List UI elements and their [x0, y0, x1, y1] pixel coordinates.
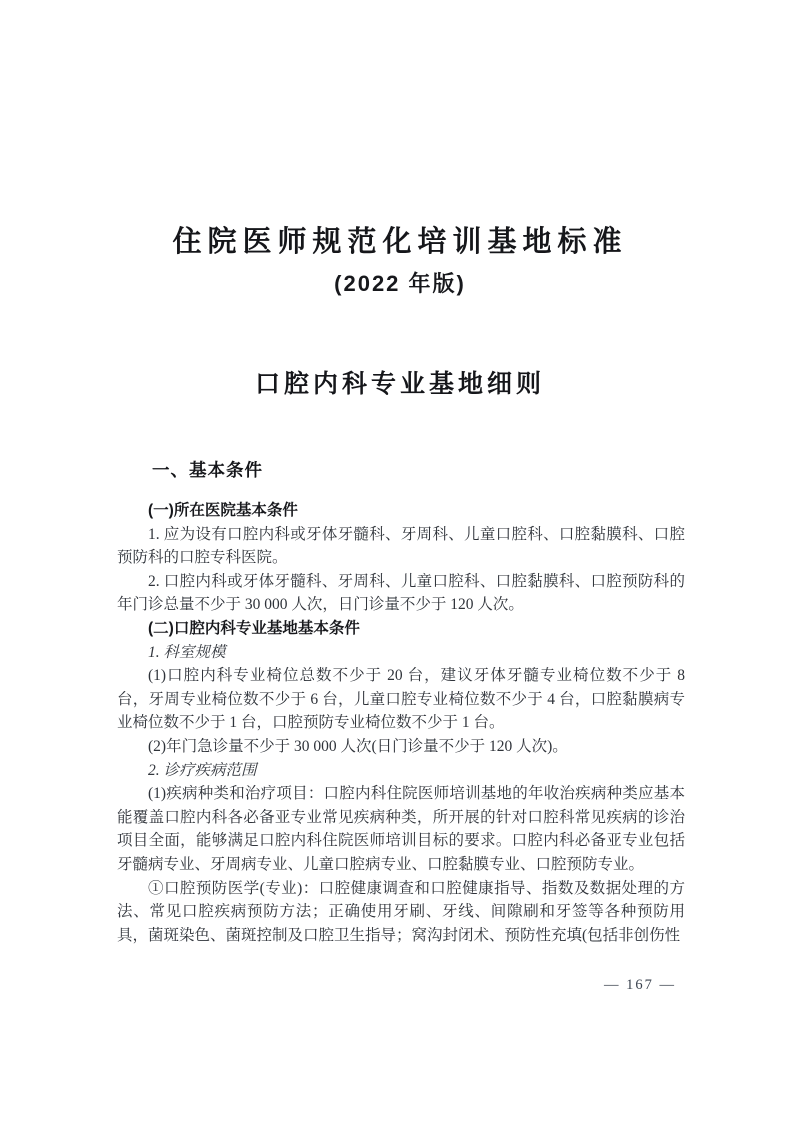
paragraph-disease-types: (1)疾病种类和治疗项目：口腔内科住院医师培训基地的年收治疾病种类应基本能覆盖口…	[117, 782, 685, 876]
paragraph-hospital-requirement-2: 2. 口腔内科或牙体牙髓科、牙周科、儿童口腔科、口腔黏膜科、口腔预防科的年门诊总…	[117, 570, 685, 617]
subheading-department-scale: 1. 科室规模	[117, 641, 685, 665]
document-page: 住院医师规范化培训基地标准 (2022 年版) 口腔内科专业基地细则 一、基本条…	[0, 0, 800, 1131]
paragraph-chair-counts: (1)口腔内科专业椅位总数不少于 20 台，建议牙体牙髓专业椅位数不少于 8 台…	[117, 664, 685, 735]
document-edition: (2022 年版)	[0, 271, 800, 297]
document-body: 一、基本条件 (一)所在医院基本条件 1. 应为设有口腔内科或牙体牙髓科、牙周科…	[117, 458, 685, 947]
paragraph-annual-visits: (2)年门急诊量不少于 30 000 人次(日门诊量不少于 120 人次)。	[117, 735, 685, 759]
heading-basic-conditions: 一、基本条件	[117, 458, 685, 482]
page-number: — 167 —	[604, 977, 676, 993]
paragraph-preventive-dentistry: ①口腔预防医学(专业)：口腔健康调查和口腔健康指导、指数及数据处理的方法、常见口…	[117, 877, 685, 948]
section-title: 口腔内科专业基地细则	[0, 370, 800, 398]
heading-specialty-base-conditions: (二)口腔内科专业基地基本条件	[117, 617, 685, 641]
paragraph-hospital-requirement-1: 1. 应为设有口腔内科或牙体牙髓科、牙周科、儿童口腔科、口腔黏膜科、口腔预防科的…	[117, 523, 685, 570]
subheading-disease-scope: 2. 诊疗疾病范围	[117, 759, 685, 783]
document-title: 住院医师规范化培训基地标准	[0, 227, 800, 258]
heading-hospital-basic-conditions: (一)所在医院基本条件	[117, 499, 685, 523]
